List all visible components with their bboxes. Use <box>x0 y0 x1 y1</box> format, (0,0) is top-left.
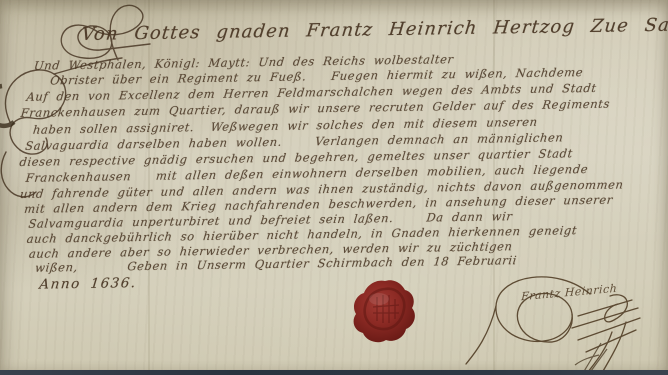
photo-bottom-edge <box>0 370 668 375</box>
manuscript-date-line: Anno 1636. <box>39 275 138 293</box>
manuscript-line: Von Gottes gnaden Frantz Heinrich Hertzo… <box>80 12 668 45</box>
manuscript-text: Von Gottes gnaden Frantz Heinrich Hertzo… <box>0 0 668 375</box>
manuscript-photo: Von Gottes gnaden Frantz Heinrich Hertzo… <box>0 0 668 375</box>
